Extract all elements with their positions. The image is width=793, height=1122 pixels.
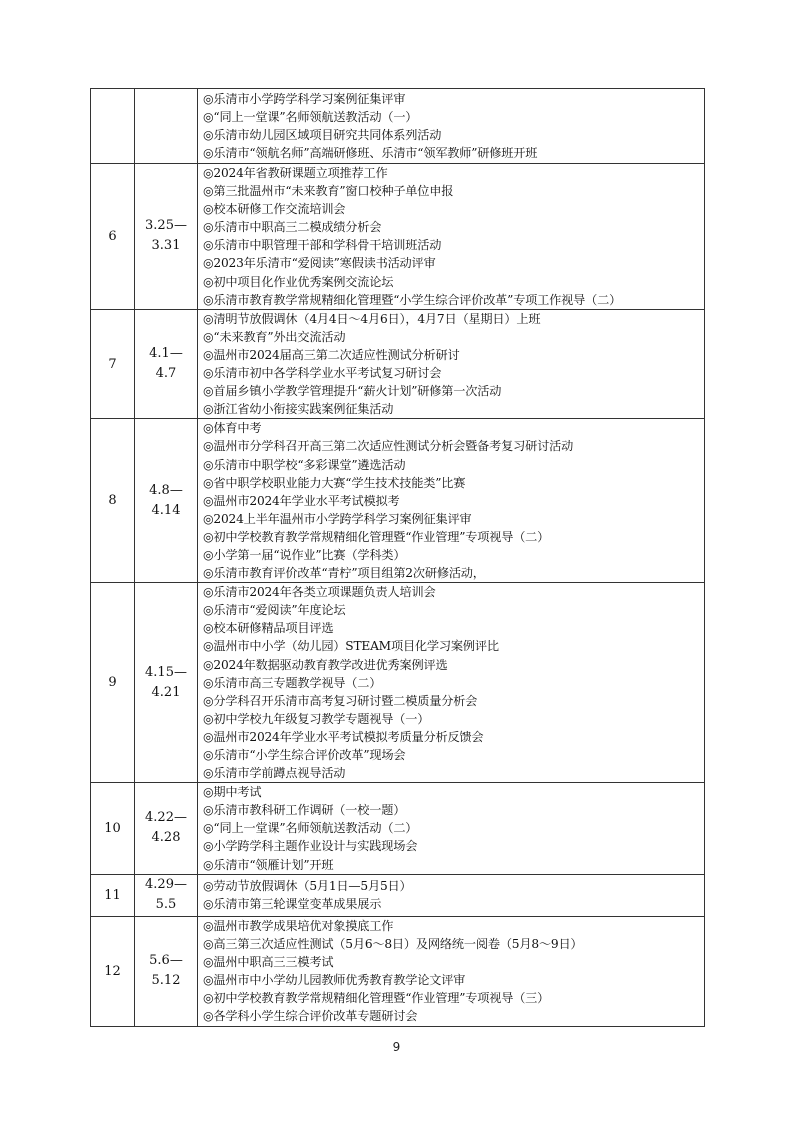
activity-item: ◎“未来教育”外出交流活动 bbox=[203, 328, 704, 346]
date-start: 4.1— bbox=[135, 344, 197, 364]
activity-item: ◎“同上一堂课”名师领航送教活动（二） bbox=[203, 819, 704, 837]
table-row: 11 4.29— 5.5 ◎劳动节放假调休（5月1日—5月5日）◎乐清市第三轮课… bbox=[91, 874, 705, 916]
activity-item: ◎温州中职高三三模考试 bbox=[203, 953, 704, 971]
activity-item: ◎初中项目化作业优秀案例交流论坛 bbox=[203, 273, 704, 291]
activity-item: ◎分学科召开乐清市高考复习研讨暨二模质量分析会 bbox=[203, 692, 704, 710]
activity-item: ◎乐清市初中各学科学业水平考试复习研讨会 bbox=[203, 364, 704, 382]
activity-item: ◎温州市教学成果培优对象摸底工作 bbox=[203, 917, 704, 935]
activity-item: ◎2024上半年温州市小学跨学科学习案例征集评审 bbox=[203, 510, 704, 528]
activity-item: ◎温州市中小学（幼儿园）STEAM项目化学习案例评比 bbox=[203, 637, 704, 655]
activity-item: ◎乐清市“领航名师”高端研修班、乐清市“领军教师”研修班开班 bbox=[203, 144, 704, 162]
activity-item: ◎高三第三次适应性测试（5月6～8日）及网络统一阅卷（5月8～9日） bbox=[203, 935, 704, 953]
date-range-cell: 4.22— 4.28 bbox=[135, 783, 198, 874]
activity-item: ◎初中学校教育教学常规精细化管理暨“作业管理”专项视导（三） bbox=[203, 989, 704, 1007]
activity-item: ◎省中职学校职业能力大赛“学生技术技能类”比赛 bbox=[203, 474, 704, 492]
activity-item: ◎温州市2024年学业水平考试模拟考 bbox=[203, 492, 704, 510]
date-end: 4.28 bbox=[135, 828, 197, 848]
schedule-table-body: ◎乐清市小学跨学科学习案例征集评审◎“同上一堂课”名师领航送教活动（一）◎乐清市… bbox=[91, 89, 705, 1027]
date-start: 4.29— bbox=[135, 875, 197, 895]
date-range-cell: 4.1— 4.7 bbox=[135, 309, 198, 419]
date-range-cell bbox=[135, 89, 198, 164]
table-row: 6 3.25— 3.31 ◎2024年省教研课题立项推荐工作◎第三批温州市“未来… bbox=[91, 164, 705, 310]
activities-cell: ◎乐清市小学跨学科学习案例征集评审◎“同上一堂课”名师领航送教活动（一）◎乐清市… bbox=[198, 89, 705, 164]
activity-item: ◎乐清市教育教学常规精细化管理暨“小学生综合评价改革”专项工作视导（二） bbox=[203, 291, 704, 309]
activity-item: ◎乐清市“领雁计划”开班 bbox=[203, 856, 704, 874]
week-number-cell: 9 bbox=[91, 583, 135, 783]
activity-item: ◎温州市中小学幼儿园教师优秀教育教学论文评审 bbox=[203, 971, 704, 989]
document-page: ◎乐清市小学跨学科学习案例征集评审◎“同上一堂课”名师领航送教活动（一）◎乐清市… bbox=[0, 0, 793, 1122]
week-number-cell: 10 bbox=[91, 783, 135, 874]
date-range-cell: 4.29— 5.5 bbox=[135, 874, 198, 916]
week-number-cell: 12 bbox=[91, 916, 135, 1026]
page-number: 9 bbox=[0, 1040, 793, 1054]
activity-item: ◎各学科小学生综合评价改革专题研讨会 bbox=[203, 1007, 704, 1025]
table-row: 7 4.1— 4.7 ◎清明节放假调休（4月4日～4月6日），4月7日（星期日）… bbox=[91, 309, 705, 419]
activity-item: ◎小学跨学科主题作业设计与实践现场会 bbox=[203, 837, 704, 855]
date-range-cell: 5.6— 5.12 bbox=[135, 916, 198, 1026]
date-end: 4.21 bbox=[135, 683, 197, 703]
activities-cell: ◎劳动节放假调休（5月1日—5月5日）◎乐清市第三轮课堂变革成果展示 bbox=[198, 874, 705, 916]
date-start: 4.22— bbox=[135, 808, 197, 828]
activity-item: ◎小学第一届“说作业”比赛（学科类） bbox=[203, 546, 704, 564]
table-row: 10 4.22— 4.28 ◎期中考试◎乐清市教科研工作调研（一校一题）◎“同上… bbox=[91, 783, 705, 874]
activity-item: ◎乐清市第三轮课堂变革成果展示 bbox=[203, 895, 704, 913]
activity-item: ◎乐清市高三专题教学视导（二） bbox=[203, 674, 704, 692]
activity-item: ◎清明节放假调休（4月4日～4月6日），4月7日（星期日）上班 bbox=[203, 310, 704, 328]
activity-item: ◎2024年省教研课题立项推荐工作 bbox=[203, 164, 704, 182]
activity-item: ◎乐清市学前蹲点视导活动 bbox=[203, 764, 704, 782]
activities-cell: ◎2024年省教研课题立项推荐工作◎第三批温州市“未来教育”窗口校种子单位申报◎… bbox=[198, 164, 705, 310]
activity-item: ◎初中学校九年级复习教学专题视导（一） bbox=[203, 710, 704, 728]
date-range-cell: 4.8— 4.14 bbox=[135, 419, 198, 583]
activity-item: ◎乐清市中职高三二模成绩分析会 bbox=[203, 218, 704, 236]
activity-item: ◎乐清市2024年各类立项课题负责人培训会 bbox=[203, 583, 704, 601]
week-number-cell: 7 bbox=[91, 309, 135, 419]
date-end: 3.31 bbox=[135, 236, 197, 256]
activity-item: ◎乐清市中职管理干部和学科骨干培训班活动 bbox=[203, 236, 704, 254]
activity-item: ◎第三批温州市“未来教育”窗口校种子单位申报 bbox=[203, 182, 704, 200]
activity-item: ◎温州市2024年学业水平考试模拟考质量分析反馈会 bbox=[203, 728, 704, 746]
activity-item: ◎温州市分学科召开高三第二次适应性测试分析会暨备考复习研讨活动 bbox=[203, 437, 704, 455]
activity-item: ◎2023年乐清市“爱阅读”寒假读书活动评审 bbox=[203, 254, 704, 272]
date-end: 4.7 bbox=[135, 364, 197, 384]
week-number-cell: 6 bbox=[91, 164, 135, 310]
activity-item: ◎乐清市中职学校“多彩课堂”遴选活动 bbox=[203, 456, 704, 474]
activity-item: ◎乐清市幼儿园区域项目研究共同体系列活动 bbox=[203, 126, 704, 144]
activity-item: ◎乐清市小学跨学科学习案例征集评审 bbox=[203, 90, 704, 108]
activity-item: ◎校本研修精品项目评选 bbox=[203, 619, 704, 637]
week-number-cell: 11 bbox=[91, 874, 135, 916]
activities-cell: ◎温州市教学成果培优对象摸底工作◎高三第三次适应性测试（5月6～8日）及网络统一… bbox=[198, 916, 705, 1026]
activity-item: ◎乐清市教育评价改革“青柠”项目组第2次研修活动， bbox=[203, 564, 704, 582]
date-start: 5.6— bbox=[135, 951, 197, 971]
activity-item: ◎乐清市“小学生综合评价改革”现场会 bbox=[203, 746, 704, 764]
activities-cell: ◎乐清市2024年各类立项课题负责人培训会◎乐清市“爱阅读”年度论坛◎校本研修精… bbox=[198, 583, 705, 783]
date-start: 4.15— bbox=[135, 663, 197, 683]
table-row: 8 4.8— 4.14 ◎体育中考◎温州市分学科召开高三第二次适应性测试分析会暨… bbox=[91, 419, 705, 583]
activity-item: ◎期中考试 bbox=[203, 783, 704, 801]
activity-item: ◎浙江省幼小衔接实践案例征集活动 bbox=[203, 400, 704, 418]
date-start: 4.8— bbox=[135, 481, 197, 501]
activity-item: ◎校本研修工作交流培训会 bbox=[203, 200, 704, 218]
activity-item: ◎体育中考 bbox=[203, 419, 704, 437]
date-range-cell: 4.15— 4.21 bbox=[135, 583, 198, 783]
activities-cell: ◎清明节放假调休（4月4日～4月6日），4月7日（星期日）上班◎“未来教育”外出… bbox=[198, 309, 705, 419]
table-row: 9 4.15— 4.21 ◎乐清市2024年各类立项课题负责人培训会◎乐清市“爱… bbox=[91, 583, 705, 783]
activity-item: ◎2024年数据驱动教育教学改进优秀案例评选 bbox=[203, 656, 704, 674]
activities-cell: ◎体育中考◎温州市分学科召开高三第二次适应性测试分析会暨备考复习研讨活动◎乐清市… bbox=[198, 419, 705, 583]
schedule-table: ◎乐清市小学跨学科学习案例征集评审◎“同上一堂课”名师领航送教活动（一）◎乐清市… bbox=[90, 88, 705, 1027]
activity-item: ◎首届乡镇小学教学管理提升“薪火计划”研修第一次活动 bbox=[203, 382, 704, 400]
activity-item: ◎温州市2024届高三第二次适应性测试分析研讨 bbox=[203, 346, 704, 364]
activity-item: ◎乐清市“爱阅读”年度论坛 bbox=[203, 601, 704, 619]
date-end: 4.14 bbox=[135, 501, 197, 521]
activity-item: ◎乐清市教科研工作调研（一校一题） bbox=[203, 801, 704, 819]
table-row: ◎乐清市小学跨学科学习案例征集评审◎“同上一堂课”名师领航送教活动（一）◎乐清市… bbox=[91, 89, 705, 164]
date-end: 5.12 bbox=[135, 971, 197, 991]
activity-item: ◎初中学校教育教学常规精细化管理暨“作业管理”专项视导（二） bbox=[203, 528, 704, 546]
activities-cell: ◎期中考试◎乐清市教科研工作调研（一校一题）◎“同上一堂课”名师领航送教活动（二… bbox=[198, 783, 705, 874]
week-number-cell bbox=[91, 89, 135, 164]
week-number-cell: 8 bbox=[91, 419, 135, 583]
date-start: 3.25— bbox=[135, 216, 197, 236]
date-range-cell: 3.25— 3.31 bbox=[135, 164, 198, 310]
activity-item: ◎“同上一堂课”名师领航送教活动（一） bbox=[203, 108, 704, 126]
activity-item: ◎劳动节放假调休（5月1日—5月5日） bbox=[203, 877, 704, 895]
date-end: 5.5 bbox=[135, 895, 197, 915]
table-row: 12 5.6— 5.12 ◎温州市教学成果培优对象摸底工作◎高三第三次适应性测试… bbox=[91, 916, 705, 1026]
